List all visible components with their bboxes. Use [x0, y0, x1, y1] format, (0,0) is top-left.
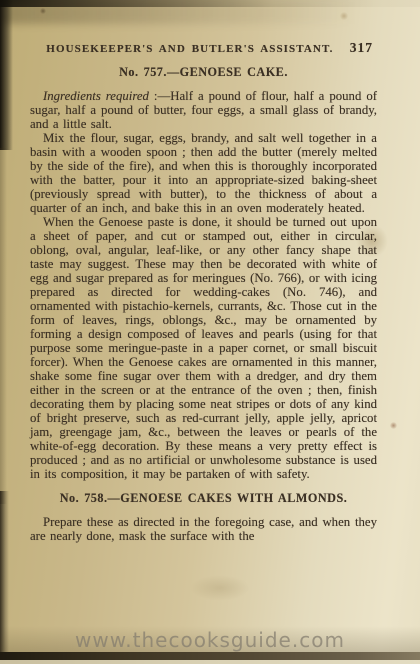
page-edge-bottom-light	[0, 660, 420, 664]
running-header: HOUSEKEEPER'S AND BUTLER'S ASSISTANT. 31…	[30, 40, 377, 56]
recipe-757-paragraph-decorating: When the Genoese paste is done, it shoul…	[30, 215, 377, 481]
running-header-title: HOUSEKEEPER'S AND BUTLER'S ASSISTANT.	[30, 43, 350, 55]
recipe-758-heading: No. 758.—GENOESE CAKES WITH ALMONDS.	[30, 491, 377, 506]
recipe-757-ingredients: Ingredients required :—Half a pound of f…	[30, 89, 377, 131]
page-number: 317	[350, 40, 377, 56]
scanned-book-page: HOUSEKEEPER'S AND BUTLER'S ASSISTANT. 31…	[0, 0, 420, 664]
watermark-text: www.thecooksguide.com	[0, 628, 420, 652]
ingredients-label: Ingredients required	[43, 89, 149, 103]
book-edge-left-top	[0, 0, 13, 150]
paper-stain	[190, 575, 250, 601]
paper-stain	[390, 422, 397, 429]
page-content: HOUSEKEEPER'S AND BUTLER'S ASSISTANT. 31…	[30, 40, 377, 543]
recipe-757-heading: No. 757.—GENOESE CAKE.	[30, 65, 377, 80]
top-shadow	[0, 2, 420, 24]
recipe-758-paragraph-intro: Prepare these as directed in the foregoi…	[30, 515, 377, 543]
book-edge-bottom	[0, 652, 420, 660]
book-edge-left-middle	[0, 148, 10, 504]
recipe-757-paragraph-mixing: Mix the flour, sugar, eggs, brandy, and …	[30, 131, 377, 215]
